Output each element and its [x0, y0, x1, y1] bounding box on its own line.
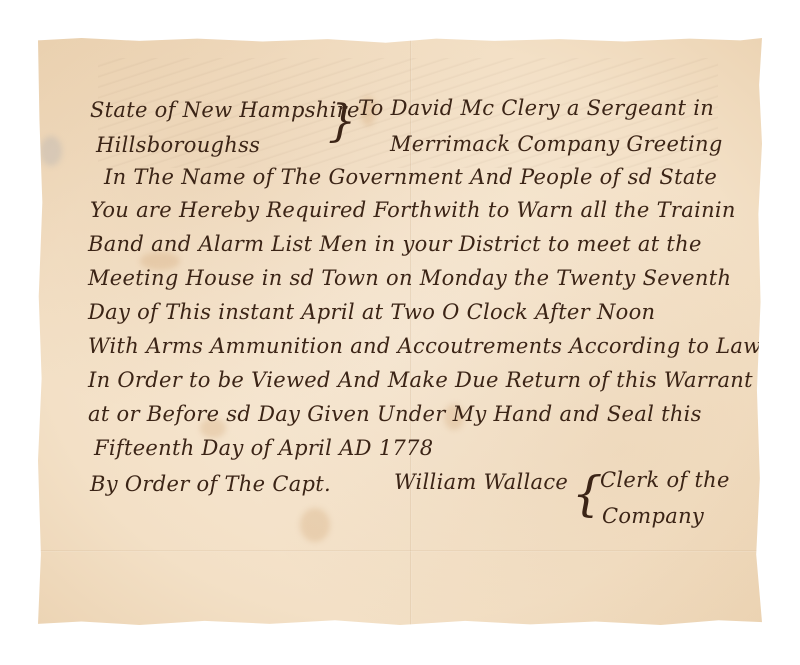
body-line-8: at or Before sd Day Given Under My Hand …	[88, 402, 702, 426]
body-line-2: You are Hereby Required Forthwith to War…	[90, 198, 736, 222]
signature-brace: {	[572, 470, 603, 518]
header-state: State of New Hampshire	[90, 98, 360, 122]
water-stain	[300, 508, 330, 542]
body-line-7: In Order to be Viewed And Make Due Retur…	[88, 368, 753, 392]
body-line-5: Day of This instant April at Two O Clock…	[88, 300, 655, 324]
body-line-4: Meeting House in sd Town on Monday the T…	[88, 266, 731, 290]
header-county: Hillsboroughss	[96, 133, 260, 157]
signature: William Wallace	[394, 470, 568, 494]
closing-by-order: By Order of The Capt.	[90, 472, 331, 496]
signer-title-company: Company	[602, 504, 704, 528]
header-recipient: To David Mc Clery a Sergeant in	[358, 96, 714, 120]
horizontal-fold-line	[38, 550, 762, 552]
vertical-fold-line	[410, 38, 412, 625]
body-line-6: With Arms Ammunition and Accoutrements A…	[88, 334, 761, 358]
body-line-9: Fifteenth Day of April AD 1778	[94, 436, 433, 460]
body-line-1: In The Name of The Government And People…	[104, 165, 717, 189]
body-line-3: Band and Alarm List Men in your District…	[88, 232, 702, 256]
header-brace: }	[328, 100, 356, 144]
grey-smudge	[40, 136, 62, 166]
header-greeting: Merrimack Company Greeting	[390, 132, 723, 156]
signer-title: Clerk of the	[600, 468, 730, 492]
manuscript-paper: State of New Hampshire Hillsboroughss } …	[38, 38, 762, 625]
